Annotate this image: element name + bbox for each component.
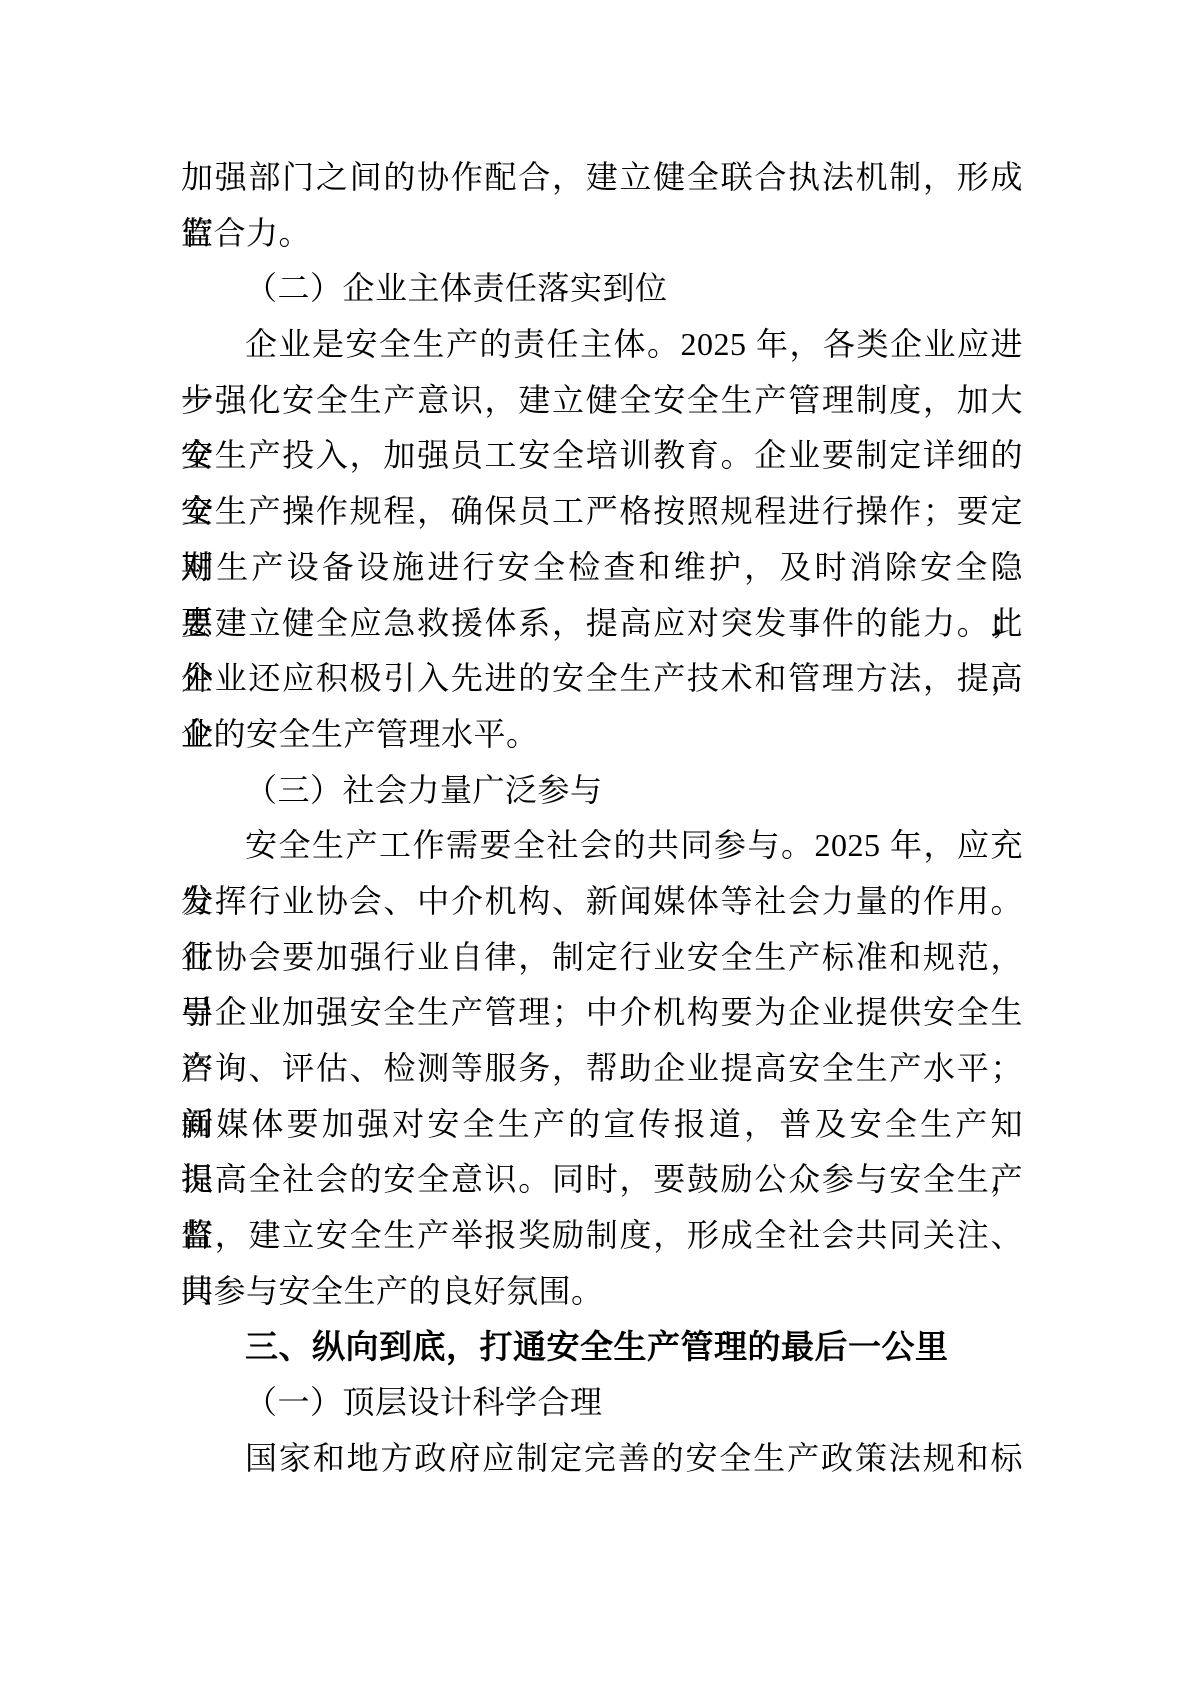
body-text-line: 全生产操作规程，确保员工严格按照规程进行操作；要定期	[181, 484, 1023, 540]
body-text-line: 管合力。	[181, 206, 1023, 262]
body-text-line: 业协会要加强行业自律，制定行业安全生产标准和规范，引	[181, 930, 1023, 986]
body-text-line: 导企业加强安全生产管理；中介机构要为企业提供安全生产	[181, 985, 1023, 1041]
body-text-line: 督，建立安全生产举报奖励制度，形成全社会共同关注、共	[181, 1208, 1023, 1264]
body-text-line: 全生产投入，加强员工安全培训教育。企业要制定详细的安	[181, 428, 1023, 484]
document-page: 加强部门之间的协作配合，建立健全联合执法机制，形成监管合力。（二）企业主体责任落…	[0, 0, 1190, 1683]
section-heading: 三、纵向到底，打通安全生产管理的最后一公里	[181, 1319, 1023, 1375]
subsection-heading: （二）企业主体责任落实到位	[181, 261, 1023, 317]
body-text-line: 步强化安全生产意识，建立健全安全生产管理制度，加大安	[181, 373, 1023, 429]
body-text-line: 要建立健全应急救援体系，提高应对突发事件的能力。此外，	[181, 596, 1023, 652]
body-text-line: 咨询、评估、检测等服务，帮助企业提高安全生产水平；新	[181, 1041, 1023, 1097]
subsection-heading: （一）顶层设计科学合理	[181, 1375, 1023, 1431]
body-text-line: 国家和地方政府应制定完善的安全生产政策法规和标	[181, 1431, 1023, 1487]
body-text-line: 企业是安全生产的责任主体。2025 年，各类企业应进一	[181, 317, 1023, 373]
body-text-line: 企业还应积极引入先进的安全生产技术和管理方法，提高企	[181, 651, 1023, 707]
subsection-heading: （三）社会力量广泛参与	[181, 763, 1023, 819]
body-text-line: 同参与安全生产的良好氛围。	[181, 1264, 1023, 1320]
body-text-line: 对生产设备设施进行安全检查和维护，及时消除安全隐患；	[181, 540, 1023, 596]
body-text-line: 闻媒体要加强对安全生产的宣传报道，普及安全生产知识，	[181, 1097, 1023, 1153]
body-text-line: 提高全社会的安全意识。同时，要鼓励公众参与安全生产监	[181, 1152, 1023, 1208]
body-text-line: 安全生产工作需要全社会的共同参与。2025 年，应充分	[181, 818, 1023, 874]
body-text-line: 发挥行业协会、中介机构、新闻媒体等社会力量的作用。行	[181, 874, 1023, 930]
body-text-line: 加强部门之间的协作配合，建立健全联合执法机制，形成监	[181, 150, 1023, 206]
text-block: 加强部门之间的协作配合，建立健全联合执法机制，形成监管合力。（二）企业主体责任落…	[181, 150, 1023, 1487]
body-text-line: 业的安全生产管理水平。	[181, 707, 1023, 763]
